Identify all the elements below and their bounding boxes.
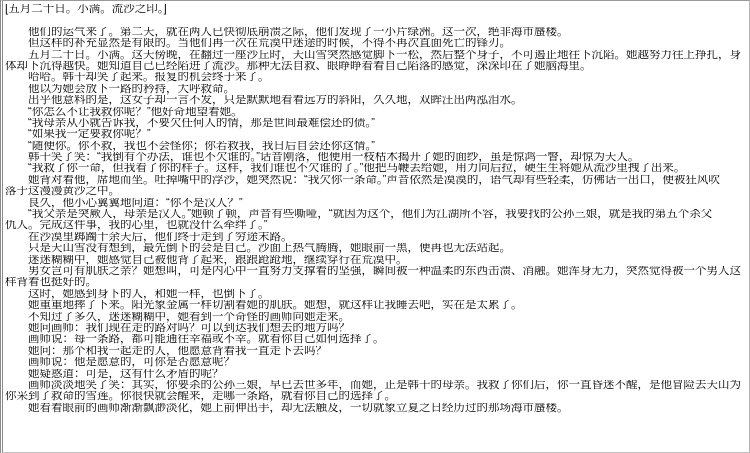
text-line: 她看着眼前的画师渐渐飘渺淡化，她上前伸出手，却无法触及，一切就象立夏之日经历过的… (5, 403, 747, 414)
document-body: [五月二十日。小满。流沙之印。] 他们的运气来了。第二天，就在两人已快彻底崩溃之… (5, 4, 747, 414)
text-line: 她疑惑道：可是，这有什么矛盾的呢？ (5, 369, 747, 380)
text-line: 这时，她感到身下的人，和她一样，也倒下了。 (5, 289, 747, 300)
text-line: 在沙漠里踯躅十余天后，他们终于走到了穷途末路。 (5, 232, 747, 243)
text-line: 画师说：每一条路，都可能通往幸福或不幸。就看你自己如何选择了。 (5, 334, 747, 345)
text-line: “如果我一定要救你呢？” (5, 129, 747, 140)
chapter-title-line: [五月二十日。小满。流沙之印。] (5, 4, 747, 15)
text-line: 画师说：他是愿意的，可你是否愿意呢？ (5, 357, 747, 368)
text-line: 但这样的补充显然是有限的。当他们再一次在荒漠中迷途的时候，不得不再次直面死亡的锋… (5, 38, 747, 49)
text-line: 出乎他意料的是，这女子却一言不发，只是默默地看着远方的斜阳，久久地，双眸汪出两泓… (5, 95, 747, 106)
text-line: 仇人。完成这件事，我的心里，也就没什么牵绊了。” (5, 220, 747, 231)
text-line: 韩干笑了笑：“我倒有个办法，谁也不欠谁的。”话音刚落，他便用一枝枯木揭开了她的面… (5, 152, 747, 163)
text-line: 只是天山雪没有想到，最先倒下的会是自己。沙面上热气腾腾，她眼前一黑，便再也无法站… (5, 243, 747, 254)
text-line: “我救了你一命，但我看了你的样子。这样，我们谁也不欠谁的了。”他把马鞭丢给她，用… (5, 163, 747, 174)
text-line: 落于这漫漫黄沙之中。 (5, 186, 747, 197)
text-line: 哈哈。韩干却笑了起来。报复的机会终于来了。 (5, 72, 747, 83)
text-line: 迷迷糊糊中，她感觉自己被他背了起来，踉踉跄跄地，继续穿行在荒漠中。 (5, 255, 747, 266)
text-line: 她问：那个和我一起走的人，他愿意背着我一直走下去吗？ (5, 346, 747, 357)
text-page-frame: [五月二十日。小满。流沙之印。] 他们的运气来了。第二天，就在两人已快彻底崩溃之… (0, 0, 750, 453)
text-line: 画师淡淡地笑了笑：其实，你要杀的公孙三娘，早已去世多年，而她，正是韩干的母亲。我… (5, 380, 747, 391)
text-line: “我父亲是突厥人，母亲是汉人。”她顿了顿，声音有些嘶哑，“就因为这个，他们为江湖… (5, 209, 747, 220)
text-line: 他以为她会放下一路的矜持，大呼救命。 (5, 84, 747, 95)
text-line: 良久，他小心翼翼地问道：“你不是汉人？” (5, 198, 747, 209)
text-line: 他们的运气来了。第二天，就在两人已快彻底崩溃之际，他们发现了一小片绿洲。这一次，… (5, 27, 747, 38)
text-line: 样背着也挺好的。 (5, 277, 747, 288)
text-line: “你怎么不让我救你呢？”他好奇地望着她。 (5, 107, 747, 118)
text-line (5, 15, 747, 26)
text-line: “我母亲从小就告诉我，不要欠任何人的情，那是世间最难偿还的债。” (5, 118, 747, 129)
text-line: 她重重地摔了下来。阳光象金属一样切割着她的肌肤。她想，就这样让我睡去吧，实在是太… (5, 300, 747, 311)
text-line: 体却下沉得越快。她知道自己已经陷进了流沙。那种无法自救、眼睁睁看着自己陷落的感觉… (5, 61, 747, 72)
text-line: 男女岂可有肌肤之亲？她想叫，可是内心中一直努力支撑着的坚强，瞬间被一种温柔的东西… (5, 266, 747, 277)
text-line: 她背对着他，席地而坐。吐掉嘴中的浮沙，她突然说：“我欠你一条命。”声音依然是漠漠… (5, 175, 747, 186)
text-line: 不知过了多久，迷迷糊糊中，她看到一个奇怪的画师向她走来。 (5, 312, 747, 323)
text-line: 她问画师：我们现在走的路对吗？可以到达我们想去的地方吗？ (5, 323, 747, 334)
text-line: 五月二十日。小满。这天傍晚，在翻过一座沙丘时，天山雪突然感觉脚下一松，然后整个身… (5, 50, 747, 61)
text-line: “随便你。你不救，我也不会怪你；你若救我，我日后自会还你这情。” (5, 141, 747, 152)
text-line: 你采到了救命的雪莲。你很快就会醒来，走哪一条路，就看你自己的选择了。 (5, 391, 747, 402)
